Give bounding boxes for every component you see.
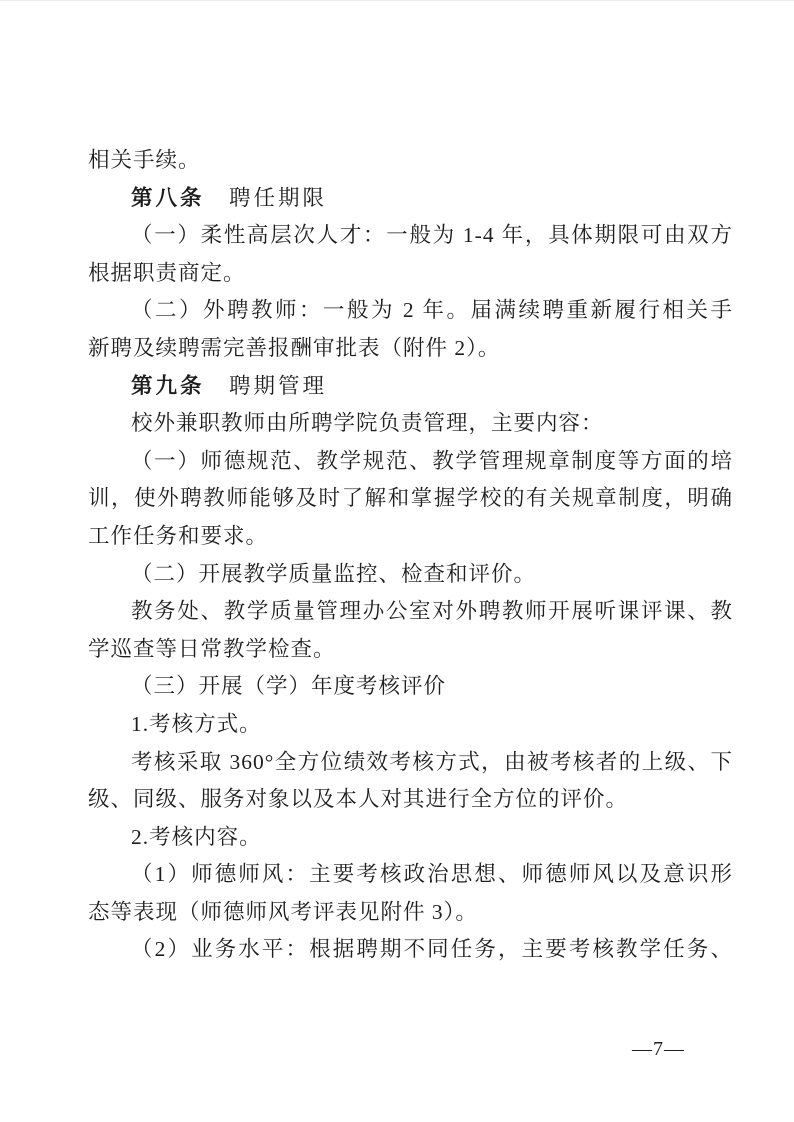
text-line: （2）业务水平：根据聘期不同任务，主要考核教学任务、	[88, 931, 733, 969]
text-line: 根据职责商定。	[88, 255, 733, 293]
text-line: 态等表现（师德师风考评表见附件 3）。	[88, 894, 733, 932]
text-line: 考核采取 360°全方位绩效考核方式，由被考核者的上级、下	[88, 744, 733, 782]
text-line: 2.考核内容。	[88, 819, 733, 857]
text-line: 新聘及续聘需完善报酬审批表（附件 2）。	[88, 330, 733, 368]
page-number: —7—	[632, 1037, 685, 1061]
text-line: （二）外聘教师：一般为 2 年。届满续聘重新履行相关手续。	[88, 292, 733, 330]
document-body: 相关手续。第八条 聘任期限（一）柔性高层次人才：一般为 1-4 年，具体期限可由…	[88, 142, 733, 969]
article-number-bold: 第八条	[131, 186, 205, 210]
text-line: （一）柔性高层次人才：一般为 1-4 年，具体期限可由双方	[88, 217, 733, 255]
text-line: （三）开展（学）年度考核评价	[88, 668, 733, 706]
document-page: 相关手续。第八条 聘任期限（一）柔性高层次人才：一般为 1-4 年，具体期限可由…	[0, 0, 794, 1122]
text-line: 校外兼职教师由所聘学院负责管理，主要内容：	[88, 405, 733, 443]
text-line: 教务处、教学质量管理办公室对外聘教师开展听课评课、教	[88, 593, 733, 631]
text-line: （一）师德规范、教学规范、教学管理规章制度等方面的培	[88, 443, 733, 481]
article-heading-line: 第九条 聘期管理	[88, 368, 733, 406]
text-line: 学巡查等日常教学检查。	[88, 631, 733, 669]
article-heading-line: 第八条 聘任期限	[88, 180, 733, 218]
text-line: （1）师德师风：主要考核政治思想、师德师风以及意识形	[88, 856, 733, 894]
text-line: （二）开展教学质量监控、检查和评价。	[88, 556, 733, 594]
article-number-bold: 第九条	[131, 374, 205, 398]
text-line: 1.考核方式。	[88, 706, 733, 744]
text-line: 工作任务和要求。	[88, 518, 733, 556]
text-line: 级、同级、服务对象以及本人对其进行全方位的评价。	[88, 781, 733, 819]
text-line: 训，使外聘教师能够及时了解和掌握学校的有关规章制度，明确	[88, 480, 733, 518]
text-line: 相关手续。	[88, 142, 733, 180]
